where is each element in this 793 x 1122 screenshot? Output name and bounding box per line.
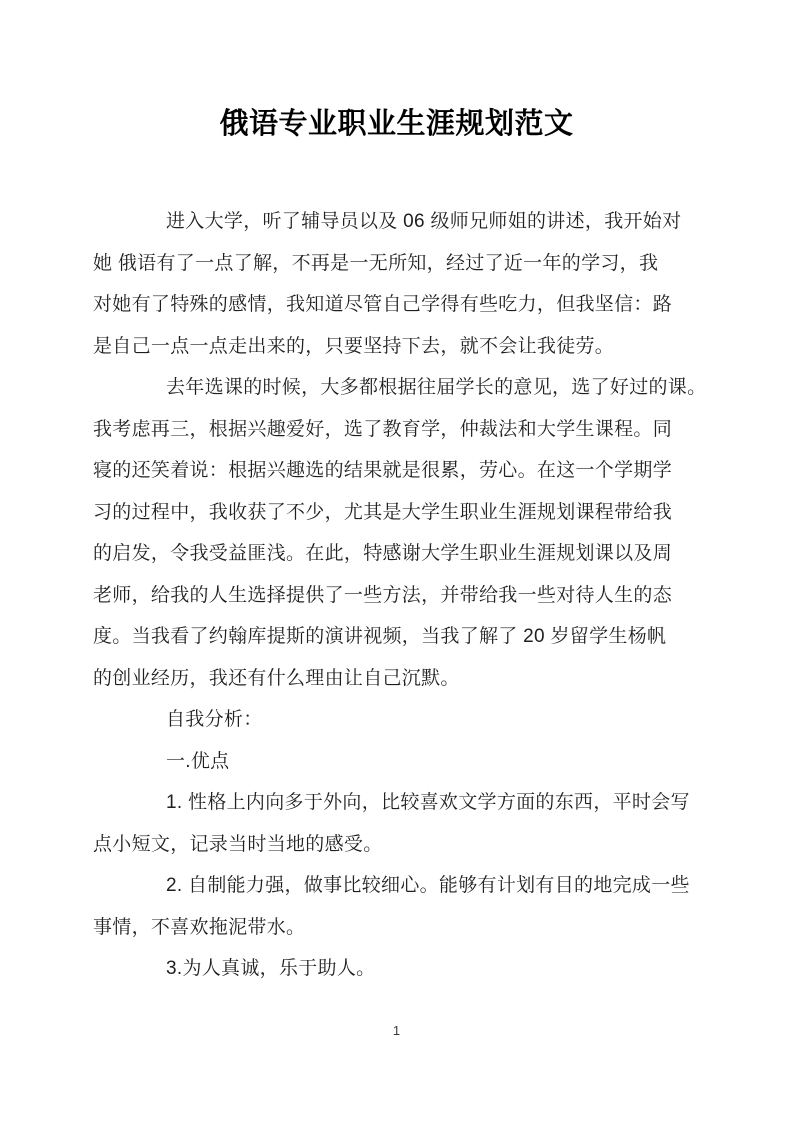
text-line: 寝的还笑着说：根据兴趣选的结果就是很累，劳心。在这一个学期学 [93, 450, 683, 492]
text-line: 的启发，令我受益匪浅。在此，特感谢大学生职业生涯规划课以及周 [93, 533, 683, 575]
text-line: 的创业经历，我还有什么理由让自己沉默。 [93, 658, 683, 700]
text-line: 1. 性格上内向多于外向，比较喜欢文学方面的东西，平时会写 [93, 782, 683, 824]
text-line: 点小短文，记录当时当地的感受。 [93, 824, 683, 866]
text-line: 2. 自制能力强，做事比较细心。能够有计划有目的地完成一些 [93, 865, 683, 907]
text-line: 老师，给我的人生选择提供了一些方法，并带给我一些对待人生的态 [93, 575, 683, 617]
text-line: 去年选课的时候，大多都根据往届学长的意见，选了好过的课。 [93, 367, 683, 409]
text-line: 度。当我看了约翰库提斯的演讲视频，当我了解了 20 岁留学生杨帆 [93, 616, 683, 658]
text-line: 对她有了特殊的感情，我知道尽管自己学得有些吃力，但我坚信：路 [93, 284, 683, 326]
page-footer: 1 [0, 1022, 793, 1040]
text-line: 是自己一点一点走出来的，只要坚持下去，就不会让我徒劳。 [93, 326, 683, 368]
text-line: 她 俄语有了一点了解，不再是一无所知，经过了近一年的学习，我 [93, 243, 683, 285]
page-number: 1 [393, 1023, 400, 1038]
text-line: 一.优点 [93, 741, 683, 783]
text-line: 3.为人真诚，乐于助人。 [93, 948, 683, 990]
text-line: 事情，不喜欢拖泥带水。 [93, 907, 683, 949]
document-body: 进入大学，听了辅导员以及 06 级师兄师姐的讲述，我开始对 她 俄语有了一点了解… [93, 201, 683, 990]
text-line: 进入大学，听了辅导员以及 06 级师兄师姐的讲述，我开始对 [93, 201, 683, 243]
text-line: 习的过程中，我收获了不少，尤其是大学生职业生涯规划课程带给我 [93, 492, 683, 534]
document-page: 俄语专业职业生涯规划范文 进入大学，听了辅导员以及 06 级师兄师姐的讲述，我开… [0, 0, 793, 1122]
document-title: 俄语专业职业生涯规划范文 [0, 104, 793, 144]
text-line: 自我分析： [93, 699, 683, 741]
text-line: 我考虑再三，根据兴趣爱好，选了教育学，仲裁法和大学生课程。同 [93, 409, 683, 451]
